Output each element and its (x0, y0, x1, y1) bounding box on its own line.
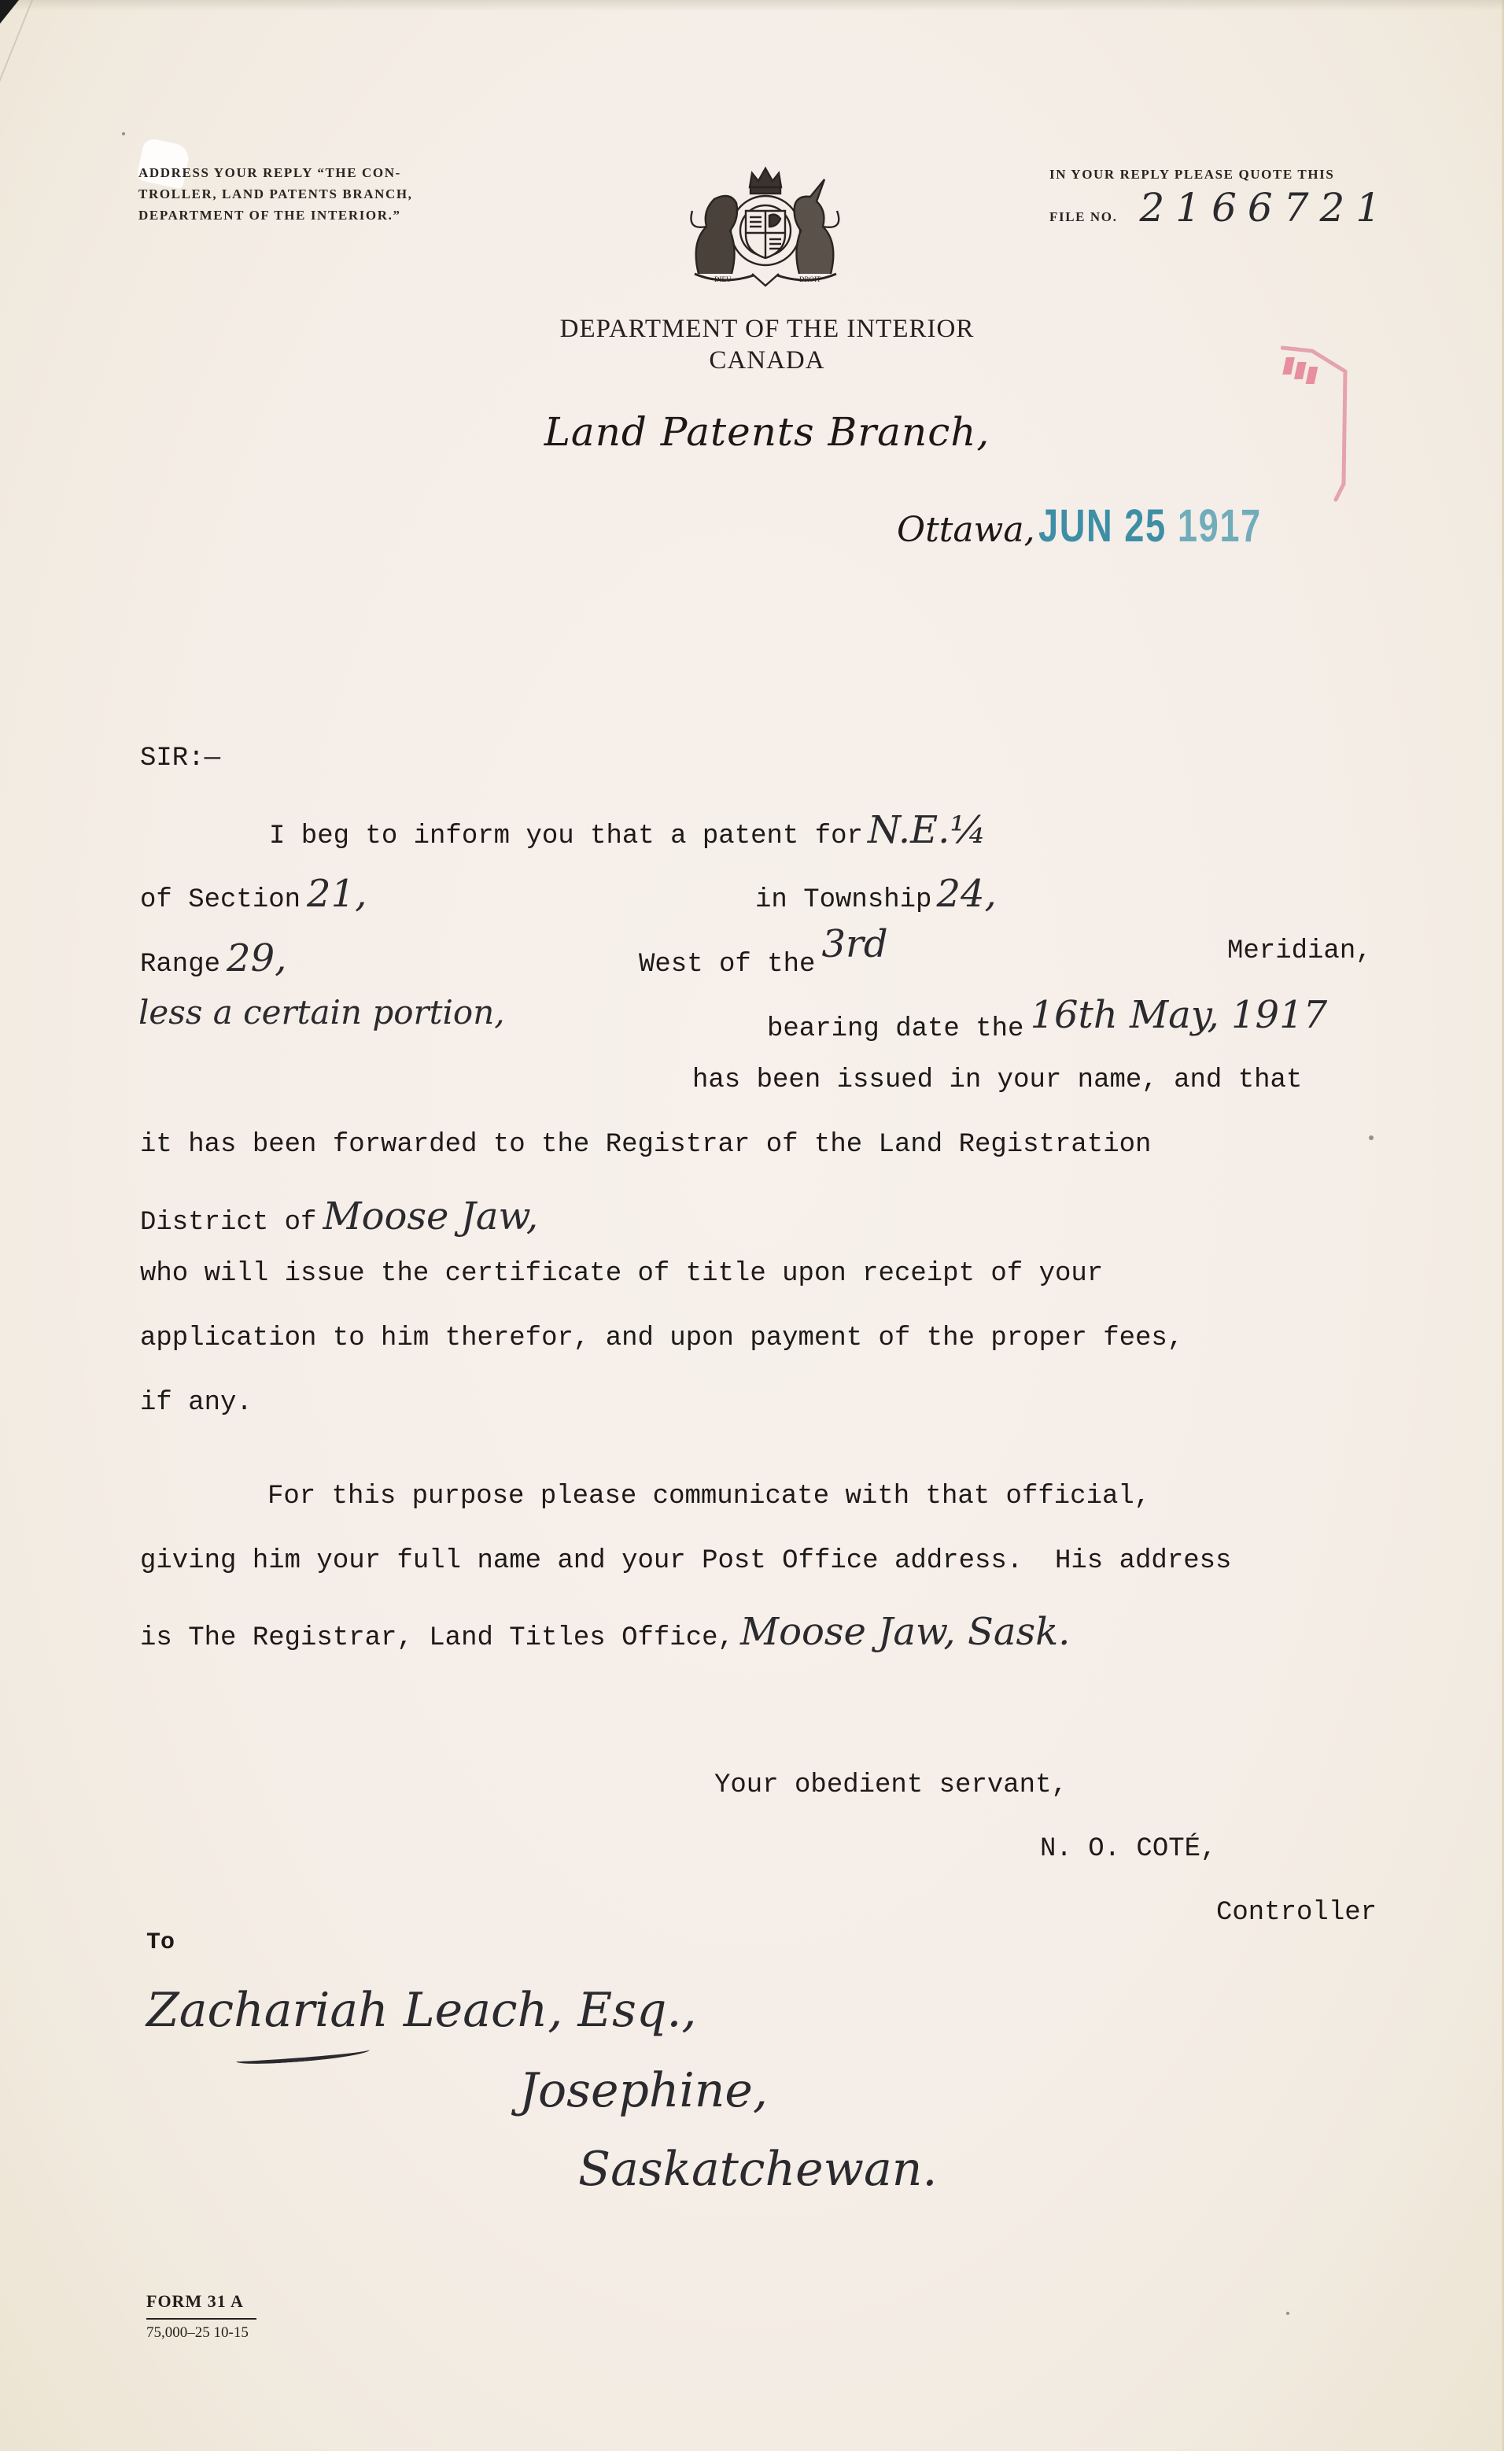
recipient-name: Zachariah Leach, Esq., (146, 1983, 697, 2038)
handwritten-section: 21, (307, 872, 367, 916)
form-print-code: 75,000–25 10-15 (146, 2324, 249, 2342)
reply-address-line: DEPARTMENT OF THE INTERIOR.” (138, 205, 469, 226)
name-underline (236, 2045, 371, 2066)
reply-address-line: TROLLER, LAND PATENTS BRANCH, (138, 183, 469, 205)
form-number: FORM 31 A (146, 2291, 244, 2312)
typed-text: District of (140, 1208, 316, 1238)
crest-motto-right: DROIT (799, 275, 821, 283)
dateline-place: Ottawa, (897, 510, 1035, 550)
body-line-2-township: in Township24, (755, 872, 997, 916)
meridian-label: Meridian, (1227, 936, 1372, 966)
ink-speck (1369, 1135, 1374, 1140)
body-para2-line-2: giving him your full name and your Post … (140, 1546, 1231, 1576)
handwritten-district: Moose Jaw, (323, 1194, 538, 1238)
quote-instruction: IN YOUR REPLY PLEASE QUOTE THIS (1049, 164, 1419, 185)
body-line-10: if any. (140, 1388, 253, 1418)
body-line-8: who will issue the certificate of title … (140, 1259, 1103, 1289)
reply-address-instructions: ADDRESS YOUR REPLY “THE CON- TROLLER, LA… (138, 162, 469, 226)
typed-text: of Section (140, 885, 301, 915)
file-no-label: FILE NO. (1049, 206, 1117, 227)
letter-paper: ADDRESS YOUR REPLY “THE CON- TROLLER, LA… (0, 0, 1504, 2451)
salutation: SIR:— (140, 744, 220, 773)
typed-text: Range (140, 950, 220, 980)
valediction: Your obedient servant, (714, 1770, 1068, 1800)
signatory-name: N. O. COTÉ, (1040, 1834, 1216, 1864)
body-line-9: application to him therefor, and upon pa… (140, 1323, 1183, 1353)
typed-text: is The Registrar, Land Titles Office, (140, 1623, 734, 1653)
recipient-town: Josephine, (519, 2063, 768, 2118)
typed-text: I beg to inform you that a patent for (269, 821, 863, 851)
recipient-province: Saskatchewan. (578, 2142, 938, 2197)
body-line-3-meridian: West of the3rd (639, 936, 888, 980)
dateline: Ottawa, JUN 25 1917 (897, 500, 1324, 552)
handwritten-portion: less a certain portion, (138, 993, 505, 1032)
crest-motto-left: DIEU (714, 275, 732, 283)
form-rule (146, 2318, 256, 2320)
reply-address-line: ADDRESS YOUR REPLY “THE CON- (138, 162, 469, 183)
handwritten-registrar-address: Moose Jaw, Sask. (740, 1610, 1070, 1654)
crease-line (0, 0, 33, 181)
file-number-block: IN YOUR REPLY PLEASE QUOTE THIS FILE NO.… (1049, 164, 1419, 227)
handwritten-township: 24, (936, 872, 996, 916)
body-para2-line-1: For this purpose please communicate with… (267, 1482, 1150, 1512)
to-label: To (146, 1929, 175, 1956)
ink-speck (1286, 2312, 1289, 2315)
body-line-2: of Section21, (140, 872, 367, 916)
handwritten-range: 29, (227, 936, 286, 980)
body-line-6: it has been forwarded to the Registrar o… (140, 1130, 1151, 1160)
body-line-5: has been issued in your name, and that (692, 1065, 1302, 1095)
body-para2-line-3: is The Registrar, Land Titles Office,Moo… (140, 1610, 1070, 1654)
pink-bracket-mark-icon (1281, 338, 1367, 508)
typed-text: bearing date the (767, 1014, 1023, 1044)
signatory-title: Controller (1216, 1898, 1377, 1928)
body-line-4-date: bearing date the16th May, 1917 (767, 1001, 1327, 1045)
typed-text: in Township (755, 885, 931, 915)
date-stamp: JUN 25 1917 (1038, 500, 1262, 552)
royal-coat-of-arms-icon: DIEU DROIT (683, 156, 848, 291)
ink-speck (122, 132, 125, 135)
file-no-value: 2166721 (1139, 188, 1392, 227)
torn-corner (0, 0, 19, 24)
body-line-7: District ofMoose Jaw, (140, 1194, 538, 1238)
typed-text: West of the (639, 950, 815, 980)
handwritten-patent-date: 16th May, 1917 (1030, 993, 1327, 1037)
handwritten-land-part: N.E.¼ (868, 808, 986, 852)
date-stamp-month-day: JUN 25 (1038, 500, 1167, 552)
handwritten-meridian: 3rd (821, 922, 887, 966)
date-stamp-year: 1917 (1177, 500, 1261, 552)
body-line-1: I beg to inform you that a patent forN.E… (269, 808, 986, 852)
body-line-3: Range29, (140, 936, 286, 980)
